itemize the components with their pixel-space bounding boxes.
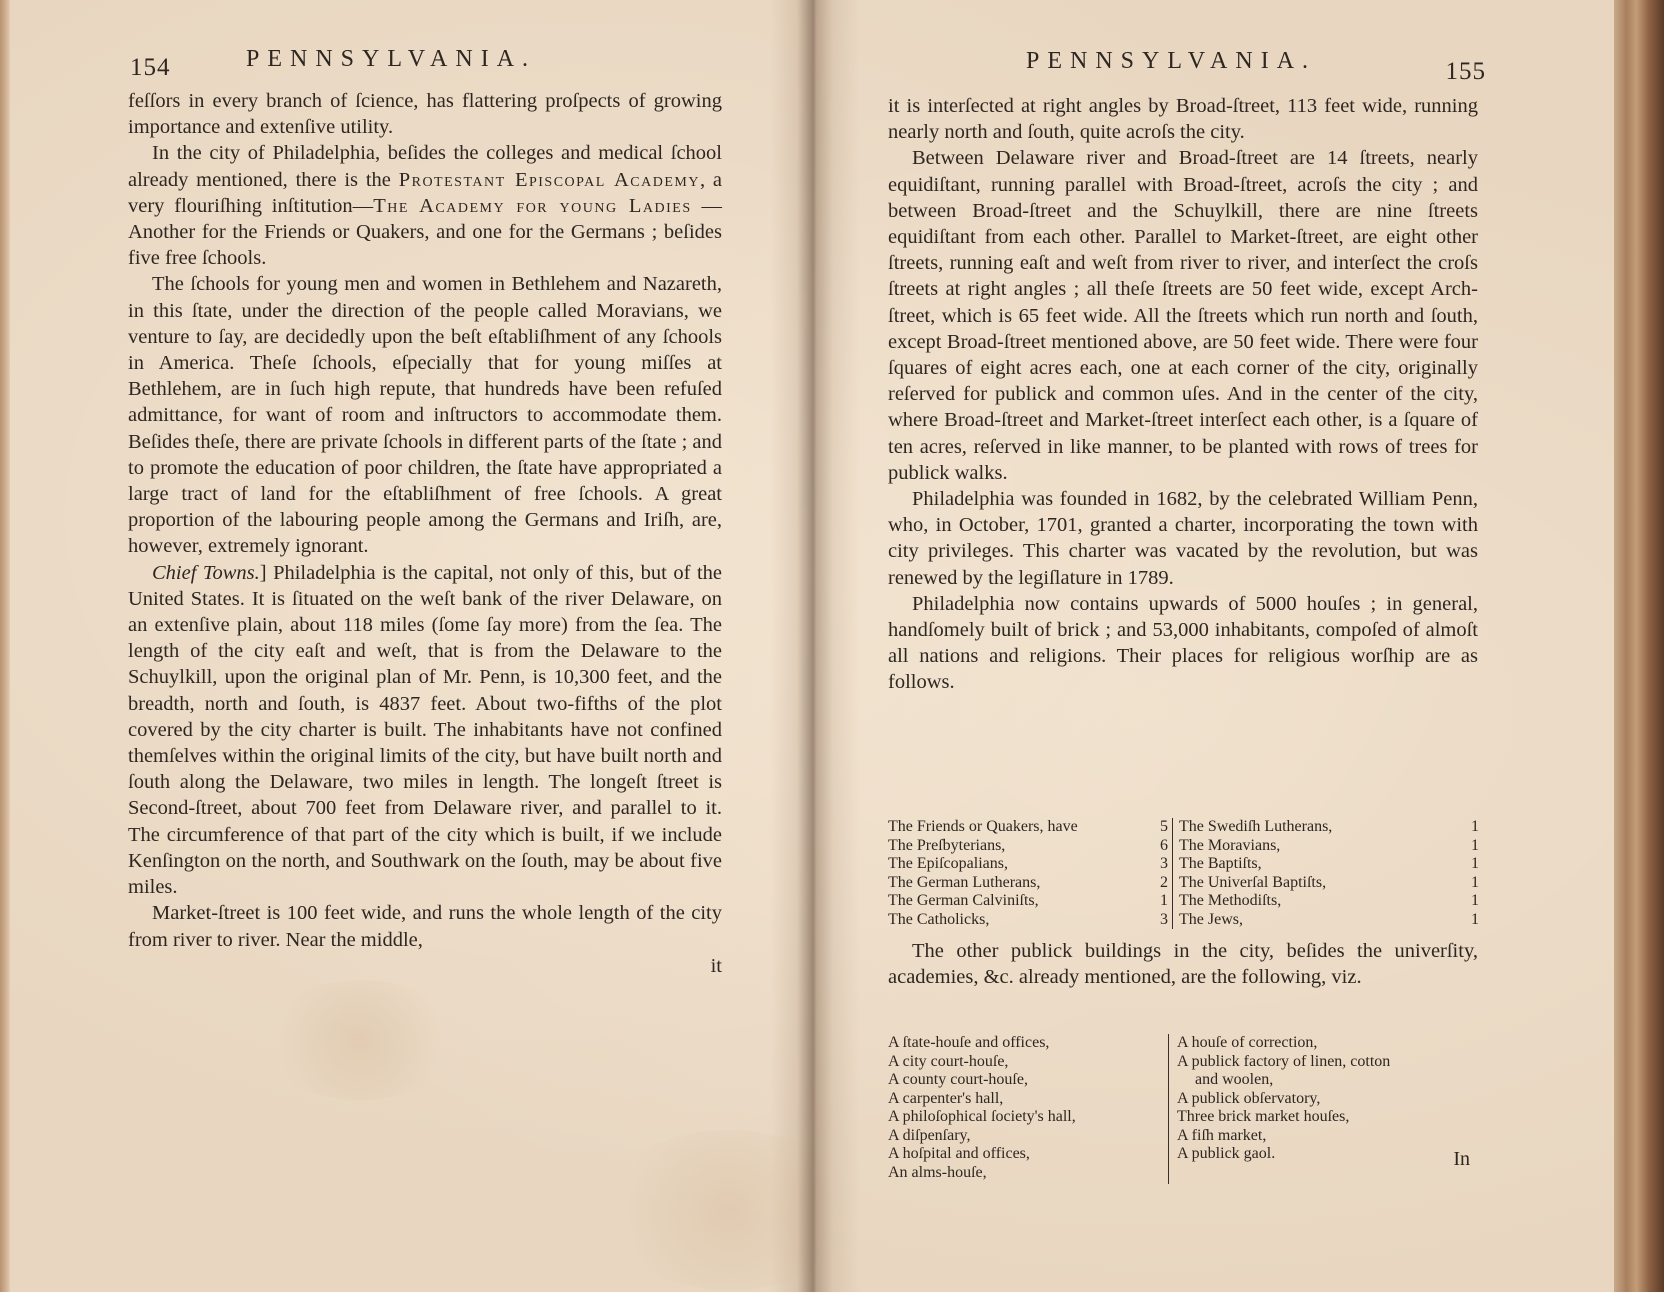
buildings-column-right: A houſe of correction, A publick factory… bbox=[1168, 1034, 1477, 1184]
worship-row: The Methodiſts,1 bbox=[1179, 892, 1479, 911]
denomination: The Moravians, bbox=[1179, 837, 1280, 856]
running-head-title: PENNSYLVANIA. bbox=[1026, 48, 1316, 75]
building-item: Three brick market houſes, bbox=[1177, 1108, 1477, 1127]
book-gutter bbox=[770, 0, 860, 1292]
building-item: A hoſpital and offices, bbox=[888, 1145, 1168, 1164]
building-item: A county court-houſe, bbox=[888, 1071, 1168, 1090]
running-head-title: PENNSYLVANIA. bbox=[246, 46, 536, 73]
denomination: The Baptiſts, bbox=[1179, 855, 1262, 874]
left-page-edge bbox=[0, 0, 10, 1292]
denomination: The Swediſh Lutherans, bbox=[1179, 818, 1332, 837]
worship-row: The Friends or Quakers, have5 bbox=[888, 818, 1168, 837]
building-item: A publick factory of linen, cotton bbox=[1177, 1053, 1477, 1072]
body-text: The other publick buildings in the city,… bbox=[888, 938, 1478, 990]
worship-column-left: The Friends or Quakers, have5 The Preſby… bbox=[888, 818, 1168, 929]
worship-row: The Jews,1 bbox=[1179, 911, 1479, 930]
building-item-continuation: and woolen, bbox=[1177, 1071, 1477, 1090]
worship-row: The German Calviniſts,1 bbox=[888, 892, 1168, 911]
denomination: The German Calviniſts, bbox=[888, 892, 1039, 911]
denomination: The Friends or Quakers, have bbox=[888, 818, 1078, 837]
count: 5 bbox=[1154, 818, 1168, 837]
paragraph: Philadelphia was founded in 1682, by the… bbox=[888, 486, 1478, 591]
building-item: A publick obſervatory, bbox=[1177, 1090, 1477, 1109]
building-item: A philoſophical ſociety's hall, bbox=[888, 1108, 1168, 1127]
building-item: A ſtate-houſe and offices, bbox=[888, 1034, 1168, 1053]
denomination: The Univerſal Baptiſts, bbox=[1179, 874, 1326, 893]
count: 1 bbox=[1465, 837, 1479, 856]
paragraph: The other publick buildings in the city,… bbox=[888, 938, 1478, 990]
paragraph: Chief Towns.] Philadelphia is the capita… bbox=[128, 560, 722, 901]
running-head: 154 PENNSYLVANIA. bbox=[128, 46, 722, 76]
denomination: The Preſbyterians, bbox=[888, 837, 1005, 856]
count: 1 bbox=[1465, 911, 1479, 930]
worship-row: The Moravians,1 bbox=[1179, 837, 1479, 856]
denomination: The German Lutherans, bbox=[888, 874, 1040, 893]
paragraph: Philadelphia now contains upwards of 500… bbox=[888, 591, 1478, 696]
catchword: it bbox=[128, 953, 722, 979]
text-run: ] Philadelphia is the capital, not only … bbox=[128, 562, 722, 898]
academy-name: The Academy for young Ladies bbox=[373, 195, 691, 217]
paragraph: In the city of Philadelphia, beſides the… bbox=[128, 140, 722, 271]
worship-row: The Catholicks,3 bbox=[888, 911, 1168, 930]
count: 1 bbox=[1465, 874, 1479, 893]
section-heading: Chief Towns. bbox=[152, 562, 260, 584]
building-item: A fiſh market, bbox=[1177, 1127, 1477, 1146]
count: 1 bbox=[1465, 855, 1479, 874]
paragraph: Between Delaware river and Broad-ſtreet … bbox=[888, 145, 1478, 486]
count: 2 bbox=[1154, 874, 1168, 893]
book-spread: 154 PENNSYLVANIA. feſſors in every branc… bbox=[0, 0, 1664, 1292]
count: 1 bbox=[1465, 892, 1479, 911]
count: 1 bbox=[1465, 818, 1479, 837]
worship-column-right: The Swediſh Lutherans,1 The Moravians,1 … bbox=[1172, 818, 1479, 929]
building-item: A houſe of correction, bbox=[1177, 1034, 1477, 1053]
building-item: A city court-houſe, bbox=[888, 1053, 1168, 1072]
count: 3 bbox=[1154, 911, 1168, 930]
denomination: The Jews, bbox=[1179, 911, 1243, 930]
body-text: feſſors in every branch of ſcience, has … bbox=[128, 88, 722, 979]
body-text: it is interſected at right angles by Bro… bbox=[888, 93, 1478, 696]
building-item: An alms-houſe, bbox=[888, 1164, 1168, 1183]
academy-name: Protestant Episcopal Academy bbox=[399, 169, 700, 191]
page-number: 154 bbox=[130, 54, 171, 82]
worship-row: The Epiſcopalians,3 bbox=[888, 855, 1168, 874]
denomination: The Catholicks, bbox=[888, 911, 989, 930]
count: 6 bbox=[1154, 837, 1168, 856]
count: 1 bbox=[1154, 892, 1168, 911]
paragraph: feſſors in every branch of ſcience, has … bbox=[128, 88, 722, 140]
paragraph: it is interſected at right angles by Bro… bbox=[888, 93, 1478, 145]
denomination: The Methodiſts, bbox=[1179, 892, 1281, 911]
worship-row: The Preſbyterians,6 bbox=[888, 837, 1168, 856]
building-item: A diſpenſary, bbox=[888, 1127, 1168, 1146]
worship-row: The German Lutherans,2 bbox=[888, 874, 1168, 893]
paragraph: Market-ſtreet is 100 feet wide, and runs… bbox=[128, 900, 722, 952]
worship-row: The Univerſal Baptiſts,1 bbox=[1179, 874, 1479, 893]
right-page-edge bbox=[1614, 0, 1664, 1292]
building-item: A carpenter's hall, bbox=[888, 1090, 1168, 1109]
page-number: 155 bbox=[1446, 58, 1487, 86]
count: 3 bbox=[1154, 855, 1168, 874]
worship-row: The Swediſh Lutherans,1 bbox=[1179, 818, 1479, 837]
worship-row: The Baptiſts,1 bbox=[1179, 855, 1479, 874]
paper-stain bbox=[260, 980, 460, 1100]
paragraph: The ſchools for young men and women in B… bbox=[128, 271, 722, 559]
running-head: PENNSYLVANIA. 155 bbox=[888, 46, 1478, 76]
buildings-column-left: A ſtate-houſe and offices, A city court-… bbox=[888, 1034, 1168, 1182]
building-item: A publick gaol. bbox=[1177, 1145, 1477, 1164]
catchword: In bbox=[1453, 1148, 1470, 1171]
denomination: The Epiſcopalians, bbox=[888, 855, 1008, 874]
